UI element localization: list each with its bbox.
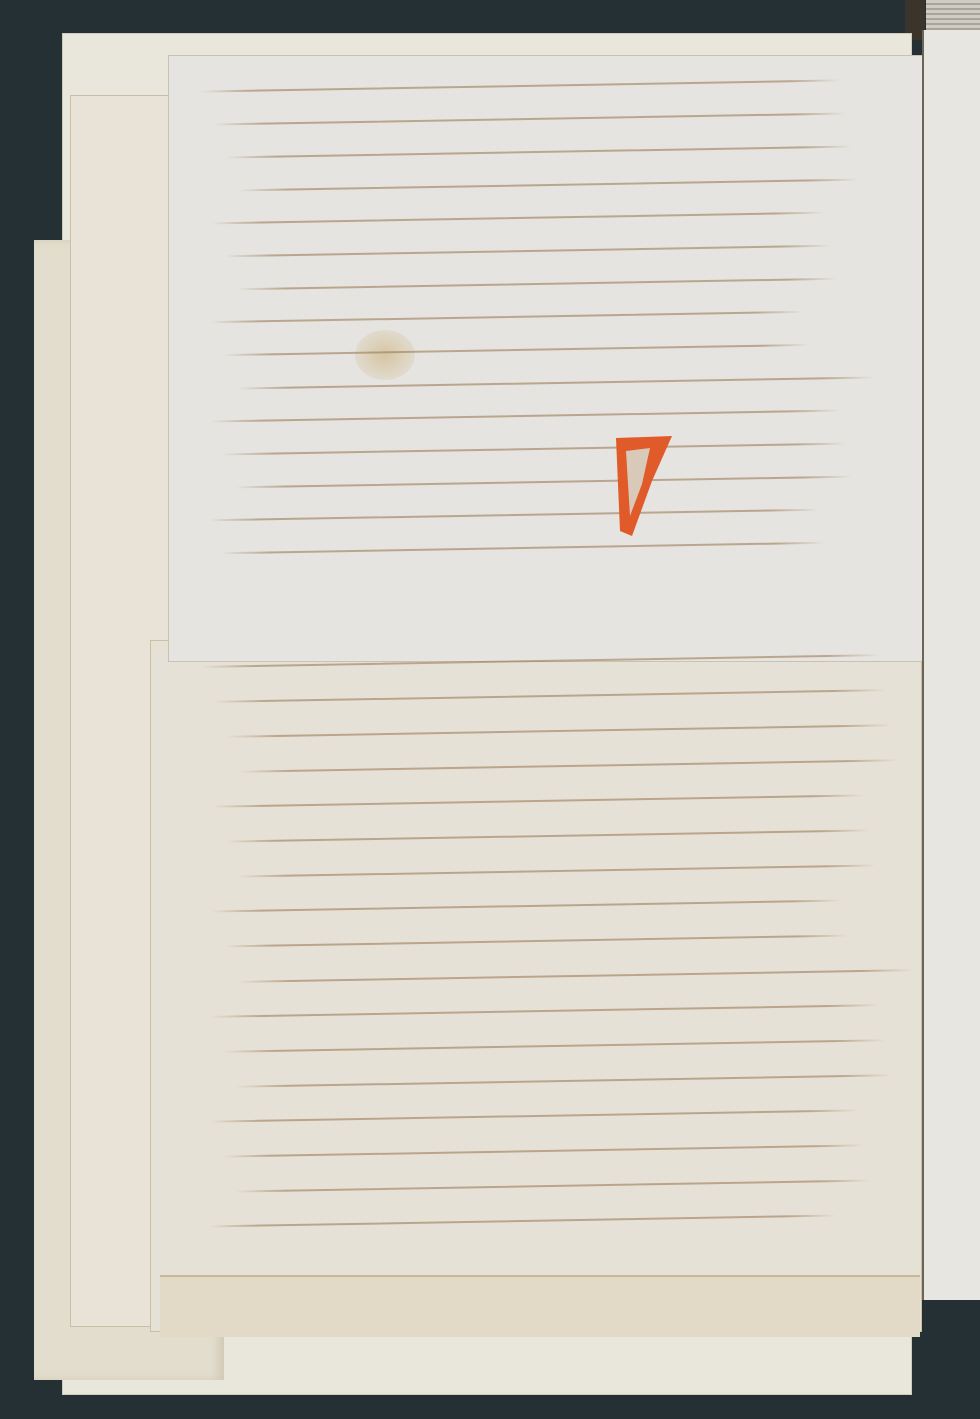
script-line [211,311,802,323]
script-line [222,1144,864,1157]
script-line [208,1215,836,1228]
script-line [237,376,874,389]
script-line [209,509,818,522]
script-line [226,724,892,738]
script-line [213,689,886,703]
script-line [211,899,842,912]
script-line [224,344,808,356]
script-line [238,864,876,877]
script-line [238,278,836,290]
script-line [200,79,840,92]
script-line [210,1004,880,1018]
script-line [226,146,852,159]
script-line [223,1039,886,1053]
script-line [224,935,848,948]
script-line [235,1179,870,1192]
script-line [212,212,824,225]
script-line [223,443,846,456]
script-line [210,410,840,423]
script-line [239,759,898,773]
wax-seal [612,436,674,536]
script-line [225,829,870,842]
script-line [213,112,846,125]
script-line [237,969,914,983]
handwriting-bleed-through [0,0,980,1419]
script-line [225,245,830,258]
script-line [236,1074,892,1087]
script-line [200,654,880,668]
script-line [239,179,858,192]
script-line [222,542,824,555]
script-line [209,1109,858,1122]
script-line [236,476,852,489]
script-line [212,794,864,807]
